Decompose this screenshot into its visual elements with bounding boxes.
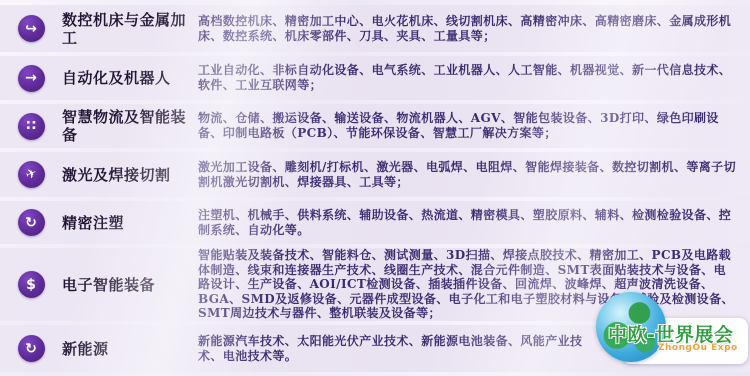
category-title: 激光及焊接切割 [62, 166, 198, 184]
paper-plane-icon: ✈ [18, 161, 45, 188]
category-row-smart-logistics: ∷ 智慧物流及智能装备 物流、仓储、搬运设备、输送设备、物流机器人、AGV、智能… [0, 104, 750, 148]
category-title: 新能源 [62, 340, 198, 358]
category-title: 数控机床与金属加工 [62, 11, 198, 47]
category-title: 电子智能装备 [62, 276, 198, 294]
category-row-automation-robots: → 自动化及机器人 工业自动化、非标自动化设备、电气系统、工业机器人、人工智能、… [0, 56, 750, 100]
zhongou-expo-logo: 中欧-世界展会 ZhongOu Expo [596, 292, 748, 370]
export-icon: ↪ [18, 15, 45, 42]
cycle-icon: ↻ [18, 209, 45, 236]
category-description: 高档数控机床、精密加工中心、电火花机床、线切割机床、高精密冲床、高精密磨床、金属… [198, 14, 750, 43]
category-title: 智慧物流及智能装备 [62, 108, 198, 144]
category-row-laser-welding: ✈ 激光及焊接切割 激光加工设备、雕刻机/打标机、激光器、电弧焊、电阻焊、智能焊… [0, 152, 750, 197]
dollar-icon: $ [18, 271, 45, 298]
category-description: 物流、仓储、搬运设备、输送设备、物流机器人、AGV、智能包装设备、3D打印、绿色… [198, 111, 750, 140]
grid-dots-icon: ∷ [18, 113, 45, 140]
arrow-right-icon: → [18, 65, 45, 92]
category-description: 激光加工设备、雕刻机/打标机、激光器、电弧焊、电阻焊、智能焊接装备、数控切割机、… [198, 160, 750, 189]
category-description: 工业自动化、非标自动化设备、电气系统、工业机器人、人工智能、机器视觉、新一代信息… [198, 63, 750, 92]
category-description: 注塑机、机械手、供料系统、辅助设备、热流道、精密模具、塑胶原料、辅料、检测检验设… [198, 208, 750, 237]
category-row-precision-injection: ↻ 精密注塑 注塑机、机械手、供料系统、辅助设备、热流道、精密模具、塑胶原料、辅… [0, 201, 750, 244]
expo-category-flyer: ↪ 数控机床与金属加工 高档数控机床、精密加工中心、电火花机床、线切割机床、高精… [0, 0, 750, 376]
category-row-cnc-machining: ↪ 数控机床与金属加工 高档数控机床、精密加工中心、电火花机床、线切割机床、高精… [0, 5, 750, 52]
category-title: 自动化及机器人 [62, 69, 198, 87]
logo-subtitle: ZhongOu Expo [658, 343, 738, 353]
category-title: 精密注塑 [62, 214, 198, 232]
cycle-icon: ↻ [18, 335, 45, 362]
